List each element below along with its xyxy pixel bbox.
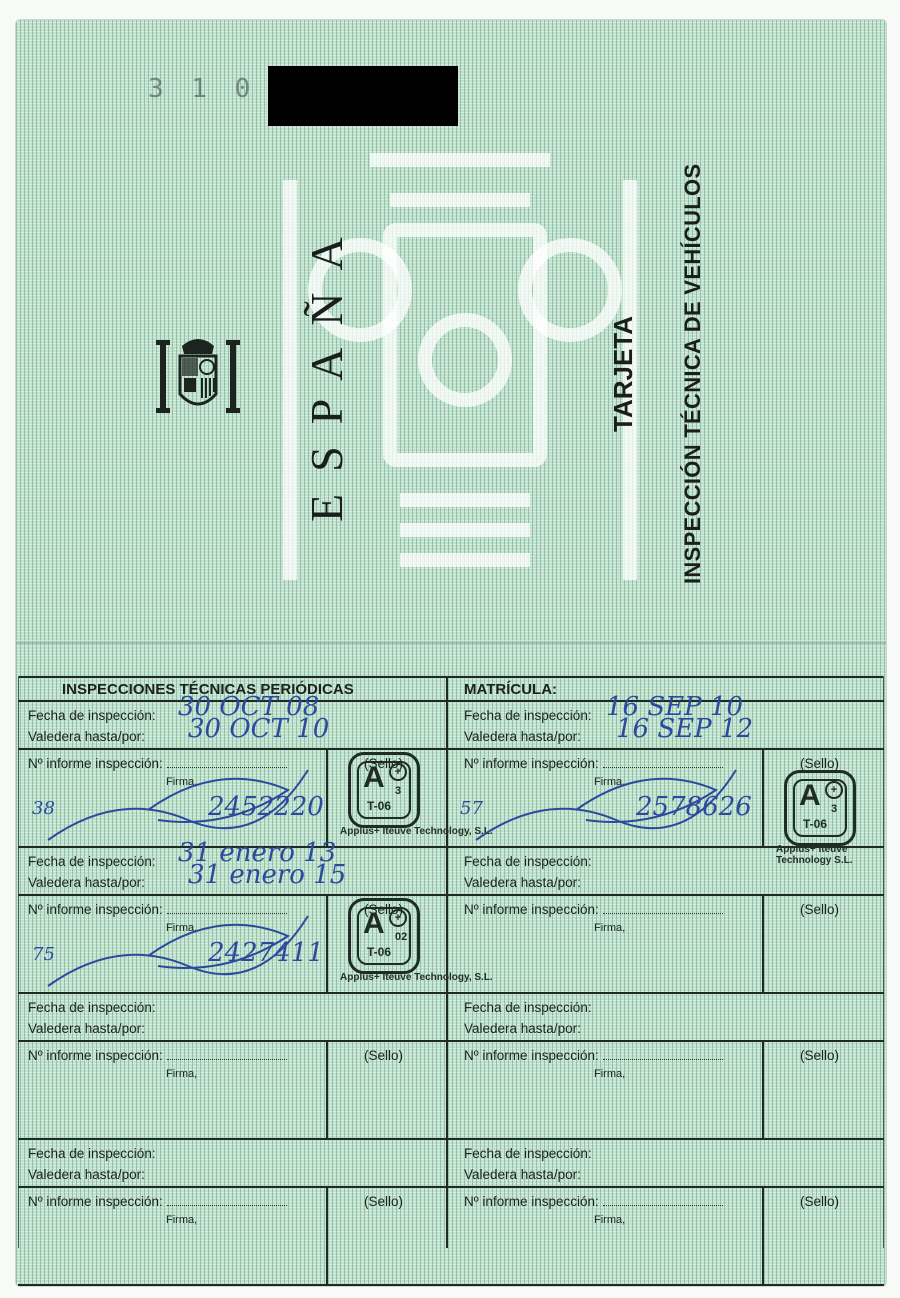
license-plate-label: MATRÍCULA: — [464, 681, 557, 698]
section-divider — [18, 992, 446, 994]
valedera-label: Valedera hasta/por: — [28, 1021, 145, 1036]
sello-label: (Sello) — [364, 1048, 403, 1063]
spain-coat-of-arms-icon — [152, 332, 244, 422]
row-divider — [18, 1040, 446, 1042]
fecha-label: Fecha de inspección: — [464, 1000, 592, 1015]
stamp-text: A — [799, 779, 821, 813]
firma-label: Firma, — [594, 922, 625, 934]
fold-crease — [16, 640, 886, 646]
valedera-label: Valedera hasta/por: — [28, 875, 145, 890]
sello-label: (Sello) — [800, 1048, 839, 1063]
inspection-stamp: A+3T-06 — [348, 752, 420, 828]
informe-dotted-line — [603, 1049, 723, 1060]
sello-divider — [762, 894, 764, 992]
sello-divider — [326, 1040, 328, 1138]
valedera-label: Valedera hasta/por: — [464, 875, 581, 890]
row-divider — [446, 1040, 884, 1042]
stamp-text: 02 — [395, 931, 407, 943]
signature — [456, 750, 756, 846]
stamp-text: 3 — [831, 803, 837, 815]
valedera-handwritten[interactable]: 30 OCT 10 — [188, 714, 329, 744]
row-divider — [446, 1186, 884, 1188]
stamp-text: T-06 — [367, 799, 391, 813]
informe-label: Nº informe inspección: — [464, 902, 723, 917]
informe-dotted-line — [167, 1195, 287, 1206]
section-divider — [446, 992, 884, 994]
informe-label: Nº informe inspección: — [464, 1194, 723, 1209]
firma-label: Firma, — [166, 1068, 197, 1080]
stamp-text: A — [363, 761, 385, 795]
stamp-text: T-06 — [803, 817, 827, 831]
inspection-table: INSPECCIONES TÉCNICAS PERIÓDICAS MATRÍCU… — [18, 676, 884, 1248]
stamp-text: + — [389, 909, 407, 927]
informe-label: Nº informe inspección: — [28, 1194, 287, 1209]
fecha-label: Fecha de inspección: — [28, 1000, 156, 1015]
sello-divider — [762, 1040, 764, 1138]
row-divider — [446, 894, 884, 896]
valedera-label: Valedera hasta/por: — [28, 729, 145, 744]
stamp-text: + — [825, 781, 843, 799]
signature — [28, 750, 328, 846]
signature — [28, 896, 328, 992]
sello-divider — [762, 748, 764, 846]
stamp-company: Applus+ Iteuve Technology S.L. — [776, 844, 884, 866]
stamp-company: Applus+ Iteuve Technology, S.L. — [340, 972, 493, 983]
card-title: TARJETA — [608, 316, 639, 432]
sello-label: (Sello) — [364, 1194, 403, 1209]
informe-label: Nº informe inspección: — [464, 1048, 723, 1063]
section-divider — [446, 1284, 884, 1286]
firma-label: Firma, — [594, 1068, 625, 1080]
country-name: ESPAÑA — [300, 215, 353, 522]
informe-label: Nº informe inspección: — [28, 1048, 287, 1063]
informe-dotted-line — [603, 903, 723, 914]
fecha-label: Fecha de inspección: — [464, 1146, 592, 1161]
valedera-label: Valedera hasta/por: — [464, 729, 581, 744]
valedera-handwritten[interactable]: 16 SEP 12 — [616, 714, 753, 744]
sello-label: (Sello) — [800, 902, 839, 917]
inspection-stamp: A+02T-06 — [348, 898, 420, 974]
fecha-label: Fecha de inspección: — [28, 854, 156, 869]
stamp-text: T-06 — [367, 945, 391, 959]
fecha-label: Fecha de inspección: — [28, 1146, 156, 1161]
sello-divider — [762, 1186, 764, 1284]
redacted-box — [268, 66, 458, 126]
firma-label: Firma, — [166, 1214, 197, 1226]
card-subtitle: INSPECCIÓN TÉCNICA DE VEHÍCULOS — [680, 164, 706, 584]
valedera-label: Valedera hasta/por: — [464, 1167, 581, 1182]
valedera-label: Valedera hasta/por: — [464, 1021, 581, 1036]
stamp-text: + — [389, 763, 407, 781]
fecha-label: Fecha de inspección: — [464, 854, 592, 869]
valedera-label: Valedera hasta/por: — [28, 1167, 145, 1182]
fecha-label: Fecha de inspección: — [464, 708, 592, 723]
section-divider — [18, 1284, 446, 1286]
firma-label: Firma, — [594, 1214, 625, 1226]
sello-label: (Sello) — [800, 1194, 839, 1209]
perforated-number: 3 1 0 — [148, 74, 266, 114]
inspection-stamp: A+3T-06 — [784, 770, 856, 846]
informe-dotted-line — [167, 1049, 287, 1060]
sello-divider — [326, 1186, 328, 1284]
sello-label: (Sello) — [800, 756, 839, 771]
section-divider — [446, 1138, 884, 1140]
stamp-text: A — [363, 907, 385, 941]
valedera-handwritten[interactable]: 31 enero 15 — [188, 860, 346, 890]
row-divider — [18, 1186, 446, 1188]
stamp-text: 3 — [395, 785, 401, 797]
fecha-label: Fecha de inspección: — [28, 708, 156, 723]
informe-dotted-line — [603, 1195, 723, 1206]
section-divider — [18, 1138, 446, 1140]
